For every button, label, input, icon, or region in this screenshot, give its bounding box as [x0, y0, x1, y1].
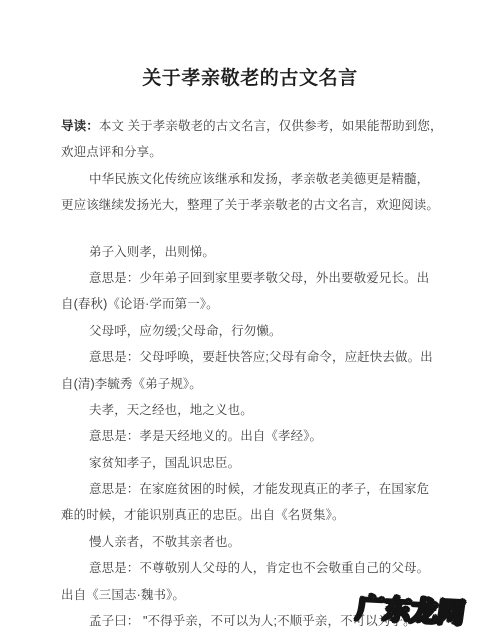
text-line: 中华民族文化传统应该继承和发扬，孝亲敬老美德更是精髓，: [61, 166, 429, 192]
text-line: 父母呼，应勿缓;父母命，行勿懒。: [61, 318, 429, 344]
text-line: 更应该继续发扬光大，整理了关于孝亲敬老的古文名言，欢迎阅读。: [61, 192, 429, 218]
text-line: 难的时候，才能识别真正的忠臣。出自《名贤集》。: [61, 502, 429, 528]
text-line: 意思是：少年弟子回到家里要孝敬父母，外出要敬爱兄长。出: [61, 265, 429, 291]
text-line: 家贫知孝子，国乱识忠臣。: [61, 450, 429, 476]
text-line: 意思是：父母呼唤，要赶快答应;父母有命令，应赶快去做。出: [61, 344, 429, 370]
watermark-logo: 广东龙网: [354, 586, 467, 630]
blank-line: [61, 219, 429, 239]
text-line: 导读：本文 关于孝亲敬老的古文名言，仅供参考，如果能帮助到您，: [61, 113, 429, 139]
article-body: 导读：本文 关于孝亲敬老的古文名言，仅供参考，如果能帮助到您，欢迎点评和分享。中…: [61, 113, 429, 634]
page-title: 关于孝亲敬老的古文名言: [0, 63, 500, 90]
text-line: 自(清)李毓秀《弟子规》。: [61, 371, 429, 397]
text-line: 欢迎点评和分享。: [61, 139, 429, 165]
text-line: 夫孝，天之经也，地之义也。: [61, 397, 429, 423]
text-line: 自(春秋)《论语·学而第一》。: [61, 291, 429, 317]
intro-label: 导读：: [61, 119, 99, 133]
text-line: 意思是：在家庭贫困的时候，才能发现真正的孝子，在国家危: [61, 476, 429, 502]
text-line: 慢人亲者，不敬其亲者也。: [61, 529, 429, 555]
text-line: 意思是：孝是天经地义的。出自《孝经》。: [61, 423, 429, 449]
text-line: 弟子入则孝，出则悌。: [61, 239, 429, 265]
text-line: 意思是：不尊敬别人父母的人，肯定也不会敬重自己的父母。: [61, 555, 429, 581]
article-page: 关于孝亲敬老的古文名言 导读：本文 关于孝亲敬老的古文名言，仅供参考，如果能帮助…: [0, 0, 500, 637]
